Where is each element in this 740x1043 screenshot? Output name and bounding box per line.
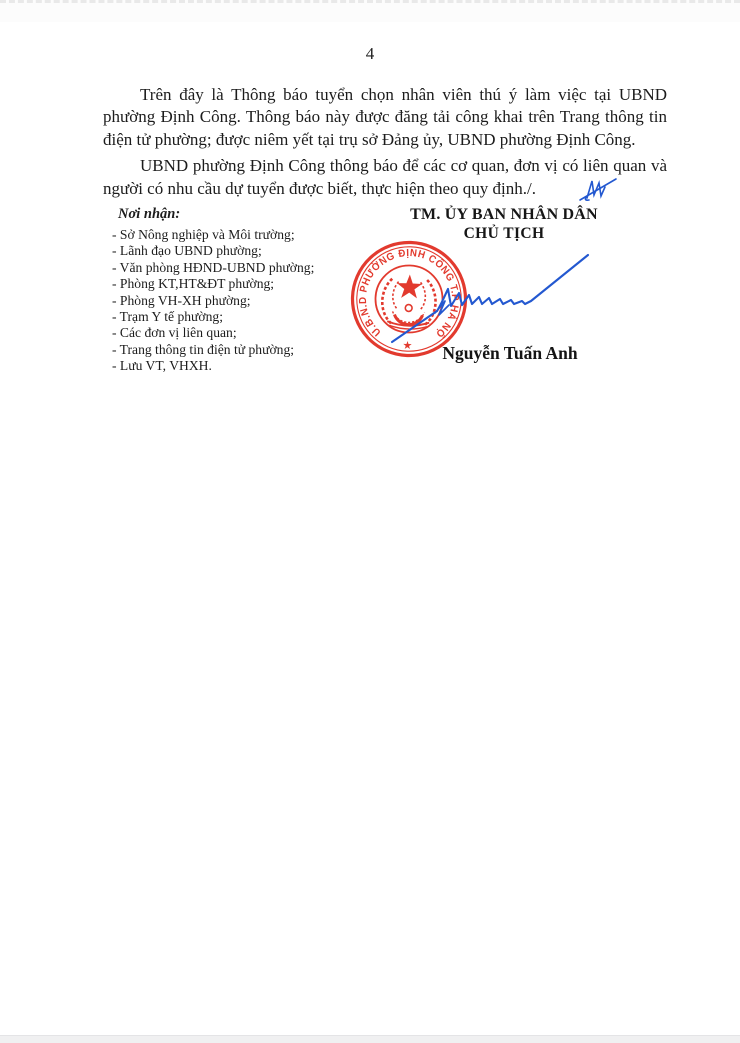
recipient-item: - Văn phòng HĐND-UBND phường; xyxy=(112,260,362,276)
recipient-item: - Sở Nông nghiệp và Môi trường; xyxy=(112,227,362,243)
handwritten-signature xyxy=(375,243,600,353)
recipient-item: - Phòng VH-XH phường; xyxy=(112,293,362,309)
recipient-item: - Lưu VT, VHXH. xyxy=(112,358,362,374)
recipients-label: Nơi nhận: xyxy=(112,206,362,223)
recipient-item: - Lãnh đạo UBND phường; xyxy=(112,243,362,259)
recipient-item: - Phòng KT,HT&ĐT phường; xyxy=(112,276,362,292)
signing-authority: TM. ỦY BAN NHÂN DÂN xyxy=(386,206,622,224)
recipient-item: - Trang thông tin điện tử phường; xyxy=(112,342,362,358)
document-page: { "page": { "number": "4" }, "document":… xyxy=(0,0,740,1043)
page-number: 4 xyxy=(0,44,740,64)
signature-heading: TM. ỦY BAN NHÂN DÂN CHỦ TỊCH xyxy=(386,206,622,243)
recipients-block: Nơi nhận: - Sở Nông nghiệp và Môi trường… xyxy=(112,206,362,375)
page-top-edge xyxy=(0,0,740,22)
page-bottom-edge xyxy=(0,1035,740,1043)
paragraph-1: Trên đây là Thông báo tuyển chọn nhân vi… xyxy=(103,84,667,151)
recipient-item: - Trạm Y tế phường; xyxy=(112,309,362,325)
recipient-item: - Các đơn vị liên quan; xyxy=(112,325,362,341)
recipients-list: - Sở Nông nghiệp và Môi trường; - Lãnh đ… xyxy=(112,227,362,375)
paraph-initials-mark xyxy=(578,173,620,203)
